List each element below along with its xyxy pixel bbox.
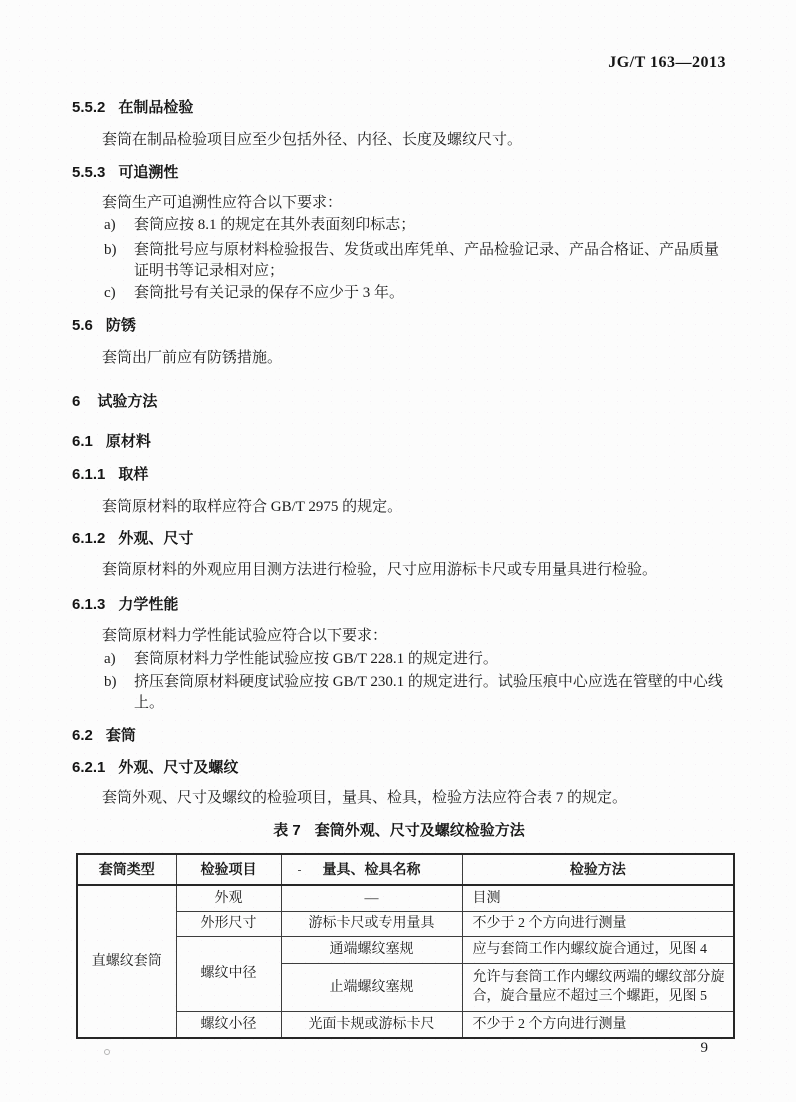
- para-rust-prevention: 套筒出厂前应有防锈措施。: [72, 348, 726, 369]
- list-item-text: 套筒批号有关记录的保存不应少于 3 年。: [134, 283, 726, 304]
- heading-title: 外观、尺寸及螺纹: [118, 759, 238, 776]
- para-appearance-size: 套筒原材料的外观应用目测方法进行检验，尺寸应用游标卡尺或专用量具进行检验。: [72, 560, 726, 581]
- heading-title: 原材料: [106, 433, 151, 450]
- table7-caption: 表 7套筒外观、尺寸及螺纹检验方法: [72, 820, 726, 841]
- table-row: 外形尺寸 游标卡尺或专用量具 不少于 2 个方向进行测量: [77, 911, 734, 936]
- page-content: JG/T 163—2013 5.5.2在制品检验 套筒在制品检验项目应至少包括外…: [0, 0, 796, 1039]
- cell-gauge: 光面卡规或游标卡尺: [281, 1011, 462, 1038]
- cell-method: 应与套筒工作内螺纹旋合通过，见图 4: [462, 936, 734, 963]
- list-item-b: b) 挤压套筒原材料硬度试验应按 GB/T 230.1 的规定进行。试验压痕中心…: [104, 672, 726, 714]
- heading-number: 5.5.3: [72, 164, 105, 181]
- heading-number: 6.2.1: [72, 759, 105, 776]
- heading-5-5-2: 5.5.2在制品检验: [72, 97, 726, 118]
- cell-gauge: 止端螺纹塞规: [281, 963, 462, 1011]
- para-table7-reference: 套筒外观、尺寸及螺纹的检验项目，量具、检具，检验方法应符合表 7 的规定。: [72, 788, 726, 809]
- list-marker: a): [104, 649, 134, 670]
- list-item-text: 套筒批号应与原材料检验报告、发货或出库凭单、产品检验记录、产品合格证、产品质量证…: [134, 240, 726, 282]
- cell-item: 螺纹小径: [176, 1011, 281, 1038]
- list-marker: b): [104, 240, 134, 282]
- cell-gauge: 游标卡尺或专用量具: [281, 911, 462, 936]
- standard-number-header: JG/T 163—2013: [72, 52, 726, 73]
- table-row: 螺纹中径 通端螺纹塞规 应与套筒工作内螺纹旋合通过，见图 4: [77, 936, 734, 963]
- heading-title: 套筒: [106, 727, 136, 744]
- cell-gauge: 通端螺纹塞规: [281, 936, 462, 963]
- heading-6-1-2: 6.1.2外观、尺寸: [72, 528, 726, 549]
- heading-6-2-1: 6.2.1外观、尺寸及螺纹: [72, 757, 726, 778]
- col-header-inspection-method: 检验方法: [462, 854, 734, 885]
- list-item-text: 挤压套筒原材料硬度试验应按 GB/T 230.1 的规定进行。试验压痕中心应选在…: [134, 672, 726, 714]
- col-header-sleeve-type: 套筒类型: [77, 854, 176, 885]
- list-item-text: 套筒原材料力学性能试验应按 GB/T 228.1 的规定进行。: [134, 649, 726, 670]
- stray-scan-mark: -: [298, 860, 302, 879]
- page-number: 9: [701, 1040, 709, 1056]
- list-item-b: b) 套筒批号应与原材料检验报告、发货或出库凭单、产品检验记录、产品合格证、产品…: [104, 240, 726, 282]
- heading-6-1: 6.1原材料: [72, 431, 726, 452]
- heading-number: 6.1: [72, 433, 93, 450]
- cell-sleeve-type: 直螺纹套筒: [77, 885, 176, 1038]
- cell-item: 螺纹中径: [176, 936, 281, 1011]
- list-marker: a): [104, 215, 134, 236]
- list-item-a: a) 套筒原材料力学性能试验应按 GB/T 228.1 的规定进行。: [104, 649, 726, 670]
- col-header-gauge-name-label: 量具、检具名称: [323, 861, 421, 877]
- table-row: 螺纹小径 光面卡规或游标卡尺 不少于 2 个方向进行测量: [77, 1011, 734, 1038]
- heading-number: 6.2: [72, 727, 93, 744]
- heading-number: 6: [72, 393, 80, 410]
- para-traceability-intro: 套筒生产可追溯性应符合以下要求：: [72, 193, 726, 214]
- heading-number: 6.1.3: [72, 596, 105, 613]
- heading-6-1-1: 6.1.1取样: [72, 464, 726, 485]
- list-marker: c): [104, 283, 134, 304]
- para-sampling: 套筒原材料的取样应符合 GB/T 2975 的规定。: [72, 497, 726, 518]
- cell-item: 外形尺寸: [176, 911, 281, 936]
- heading-6-1-3: 6.1.3力学性能: [72, 594, 726, 615]
- document-page: JG/T 163—2013 5.5.2在制品检验 套筒在制品检验项目应至少包括外…: [0, 0, 796, 1102]
- list-item-text: 套筒应按 8.1 的规定在其外表面刻印标志；: [134, 215, 726, 236]
- list-marker: b): [104, 672, 134, 714]
- col-header-inspection-item: 检验项目: [176, 854, 281, 885]
- cell-method: 目测: [462, 885, 734, 911]
- heading-title: 外观、尺寸: [118, 530, 193, 547]
- table7-caption-label: 表 7: [273, 822, 301, 839]
- cell-method: 允许与套筒工作内螺纹两端的螺纹部分旋合，旋合量应不超过三个螺距，见图 5: [462, 963, 734, 1011]
- para-in-product-inspection: 套筒在制品检验项目应至少包括外径、内径、长度及螺纹尺寸。: [72, 130, 726, 151]
- heading-number: 5.5.2: [72, 99, 105, 116]
- cell-method: 不少于 2 个方向进行测量: [462, 1011, 734, 1038]
- heading-number: 6.1.2: [72, 530, 105, 547]
- list-item-a: a) 套筒应按 8.1 的规定在其外表面刻印标志；: [104, 215, 726, 236]
- cell-item: 外观: [176, 885, 281, 911]
- heading-title: 取样: [118, 466, 148, 483]
- heading-5-5-3: 5.5.3可追溯性: [72, 162, 726, 183]
- heading-6-2: 6.2套筒: [72, 725, 726, 746]
- heading-title: 试验方法: [97, 393, 157, 410]
- table-header-row: 套筒类型 检验项目 -量具、检具名称 检验方法: [77, 854, 734, 885]
- col-header-gauge-name: -量具、检具名称: [281, 854, 462, 885]
- table-row: 直螺纹套筒 外观 — 目测: [77, 885, 734, 911]
- heading-title: 可追溯性: [118, 164, 178, 181]
- heading-title: 力学性能: [118, 596, 178, 613]
- heading-5-6: 5.6防锈: [72, 315, 726, 336]
- cell-gauge: —: [281, 885, 462, 911]
- heading-6: 6试验方法: [72, 391, 726, 412]
- cell-method: 不少于 2 个方向进行测量: [462, 911, 734, 936]
- heading-title: 在制品检验: [118, 99, 193, 116]
- table7-caption-title: 套筒外观、尺寸及螺纹检验方法: [315, 822, 525, 839]
- heading-title: 防锈: [106, 317, 136, 334]
- stray-scan-dot: [104, 1049, 110, 1055]
- para-mechanical-intro: 套筒原材料力学性能试验应符合以下要求：: [72, 626, 726, 647]
- inspection-methods-table: 套筒类型 检验项目 -量具、检具名称 检验方法 直螺纹套筒 外观 — 目测 外形…: [76, 853, 735, 1039]
- list-item-c: c) 套筒批号有关记录的保存不应少于 3 年。: [104, 283, 726, 304]
- heading-number: 6.1.1: [72, 466, 105, 483]
- heading-number: 5.6: [72, 317, 93, 334]
